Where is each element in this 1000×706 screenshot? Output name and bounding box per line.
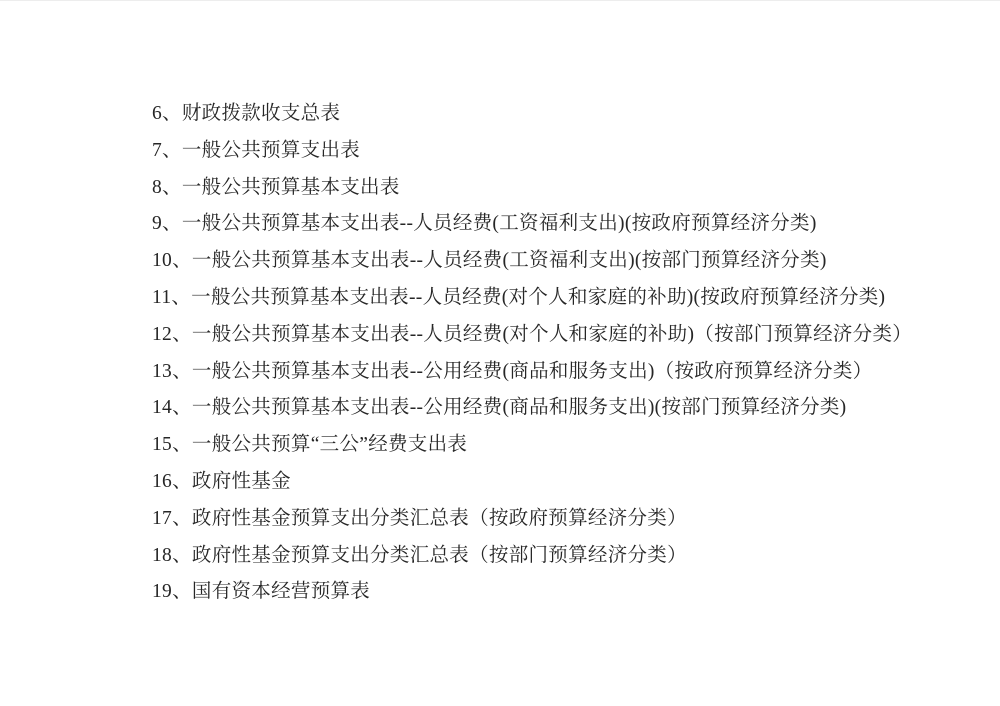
list-item: 14、一般公共预算基本支出表--公用经费(商品和服务支出)(按部门预算经济分类) xyxy=(152,390,912,427)
list-item: 11、一般公共预算基本支出表--人员经费(对个人和家庭的补助)(按政府预算经济分… xyxy=(152,280,912,317)
list-item: 10、一般公共预算基本支出表--人员经费(工资福利支出)(按部门预算经济分类) xyxy=(152,243,912,280)
table-of-contents: 6、财政拨款收支总表 7、一般公共预算支出表 8、一般公共预算基本支出表 9、一… xyxy=(152,96,912,611)
list-item: 19、国有资本经营预算表 xyxy=(152,574,912,611)
list-item: 13、一般公共预算基本支出表--公用经费(商品和服务支出)（按政府预算经济分类） xyxy=(152,354,912,391)
list-item: 8、一般公共预算基本支出表 xyxy=(152,170,912,207)
list-item: 17、政府性基金预算支出分类汇总表（按政府预算经济分类） xyxy=(152,501,912,538)
list-item: 6、财政拨款收支总表 xyxy=(152,96,912,133)
list-item: 9、一般公共预算基本支出表--人员经费(工资福利支出)(按政府预算经济分类) xyxy=(152,206,912,243)
list-item: 7、一般公共预算支出表 xyxy=(152,133,912,170)
list-item: 18、政府性基金预算支出分类汇总表（按部门预算经济分类） xyxy=(152,538,912,575)
list-item: 16、政府性基金 xyxy=(152,464,912,501)
document-page: 6、财政拨款收支总表 7、一般公共预算支出表 8、一般公共预算基本支出表 9、一… xyxy=(0,0,1000,706)
list-item: 12、一般公共预算基本支出表--人员经费(对个人和家庭的补助)（按部门预算经济分… xyxy=(152,317,912,354)
list-item: 15、一般公共预算“三公”经费支出表 xyxy=(152,427,912,464)
